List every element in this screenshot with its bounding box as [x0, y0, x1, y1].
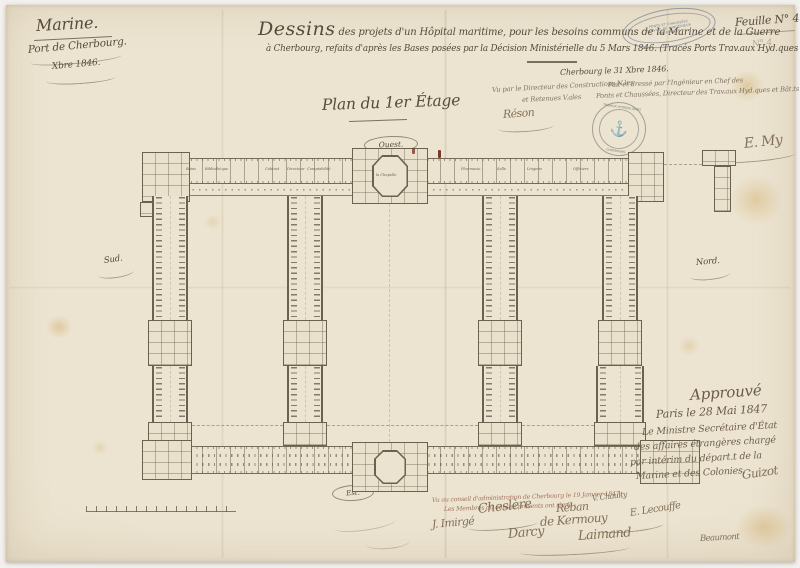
ward-hall — [287, 196, 323, 320]
ward-hall — [287, 366, 323, 422]
director-signature: Réson — [503, 106, 535, 121]
room-label: Bibliothèque — [205, 167, 228, 171]
room-label: Lingerie — [527, 167, 542, 171]
ward-end-block — [283, 422, 327, 446]
bed-row — [156, 197, 162, 319]
main-title-line2: à Cherbourg, refaits d'après les Bases p… — [266, 44, 800, 54]
room-label: Directeur — [287, 167, 305, 171]
bed-row — [600, 367, 606, 421]
bed-row — [179, 367, 185, 421]
ward-hall — [152, 366, 188, 422]
scale-bar — [86, 506, 236, 512]
bed-row — [291, 197, 297, 319]
title-underline — [527, 61, 577, 63]
title-initial: Dessins — [258, 18, 336, 40]
east-hall-interior — [376, 452, 405, 483]
room-label: Comptabilité — [307, 167, 331, 171]
annex-wing — [714, 166, 731, 212]
east-wing-left-pavilion — [142, 440, 192, 480]
anchor-icon: ⚓ — [609, 120, 630, 137]
signature: Beaumont — [700, 532, 740, 544]
stain — [730, 175, 782, 225]
room-label: la Chapelle — [376, 173, 397, 177]
walkway-line — [327, 425, 478, 426]
ward-hall — [482, 366, 518, 422]
ward-pavilion — [283, 320, 327, 366]
bed-row — [509, 197, 515, 319]
walkway-line — [192, 425, 283, 426]
scanned-plan-page: { "document": { "corner": { "title": "Ma… — [0, 0, 800, 568]
west-wing-right-pavilion — [628, 152, 664, 202]
bed-row — [314, 367, 320, 421]
annex-link — [664, 164, 702, 165]
stain — [678, 336, 700, 356]
red-figure-mark — [438, 150, 441, 158]
stain — [736, 505, 792, 549]
ward-pavilion — [598, 320, 642, 366]
corner-title: Marine. — [36, 13, 99, 35]
ward-pavilion — [148, 320, 192, 366]
stain — [46, 315, 72, 339]
room-label: Salle — [497, 167, 506, 171]
axis-line — [389, 204, 390, 442]
red-figure-mark — [412, 148, 415, 154]
bed-row — [629, 197, 635, 319]
annex-block — [702, 150, 736, 166]
bed-row — [486, 367, 492, 421]
bed-row — [486, 197, 492, 319]
room-label: Cabinet — [265, 167, 279, 171]
room-label: Officiers — [573, 167, 589, 171]
fold-crease — [10, 286, 790, 289]
anchor-stamp-center: ⚓ — [596, 106, 641, 151]
bed-row — [509, 367, 515, 421]
fold-crease — [221, 10, 224, 558]
bed-row — [635, 367, 641, 421]
walkway-line — [522, 425, 594, 426]
ward-pavilion — [478, 320, 522, 366]
bed-row — [291, 367, 297, 421]
ward-hall — [596, 366, 644, 422]
ward-hall — [482, 196, 518, 320]
bed-row — [606, 197, 612, 319]
bed-row — [156, 367, 162, 421]
compass-north: Nord. — [696, 256, 721, 268]
stain — [204, 214, 222, 230]
room-label: Pharmacie — [461, 167, 480, 171]
pencil-note: N° 4 — [751, 38, 772, 50]
west-wing-left-pavilion — [142, 152, 190, 202]
bed-row — [179, 197, 185, 319]
ward-hall — [152, 196, 188, 320]
ward-hall — [602, 196, 638, 320]
ward-end-block — [478, 422, 522, 446]
room-label: Bains — [186, 167, 196, 171]
stain — [92, 440, 108, 455]
bed-row — [314, 197, 320, 319]
